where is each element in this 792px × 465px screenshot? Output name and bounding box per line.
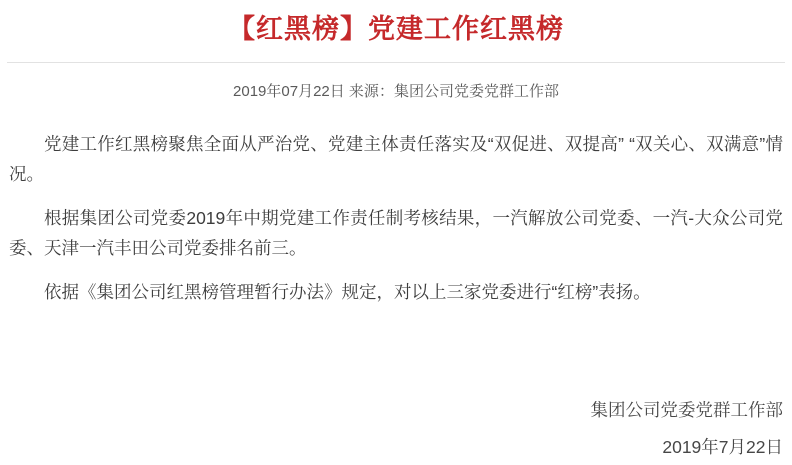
article-meta-dateline: 2019年07月22日 来源：集团公司党委党群工作部 — [0, 84, 792, 99]
signature-department: 集团公司党委党群工作部 — [591, 400, 784, 420]
paragraph-ranking: 根据集团公司党委2019年中期党建工作责任制考核结果，一汽解放公司党委、一汽-大… — [9, 203, 783, 263]
article-title: 【红黑榜】党建工作红黑榜 — [0, 0, 792, 45]
title-divider — [7, 62, 785, 63]
article-page: 【红黑榜】党建工作红黑榜 2019年07月22日 来源：集团公司党委党群工作部 … — [0, 0, 792, 465]
article-body: 党建工作红黑榜聚焦全面从严治党、党建主体责任落实及“双促进、双提高” “双关心、… — [0, 129, 792, 307]
signature-date: 2019年7月22日 — [591, 437, 784, 457]
paragraph-commendation: 依据《集团公司红黑榜管理暂行办法》规定，对以上三家党委进行“红榜”表扬。 — [9, 277, 783, 307]
signature-block: 集团公司党委党群工作部 2019年7月22日 — [591, 400, 784, 457]
paragraph-overview: 党建工作红黑榜聚焦全面从严治党、党建主体责任落实及“双促进、双提高” “双关心、… — [9, 129, 783, 189]
